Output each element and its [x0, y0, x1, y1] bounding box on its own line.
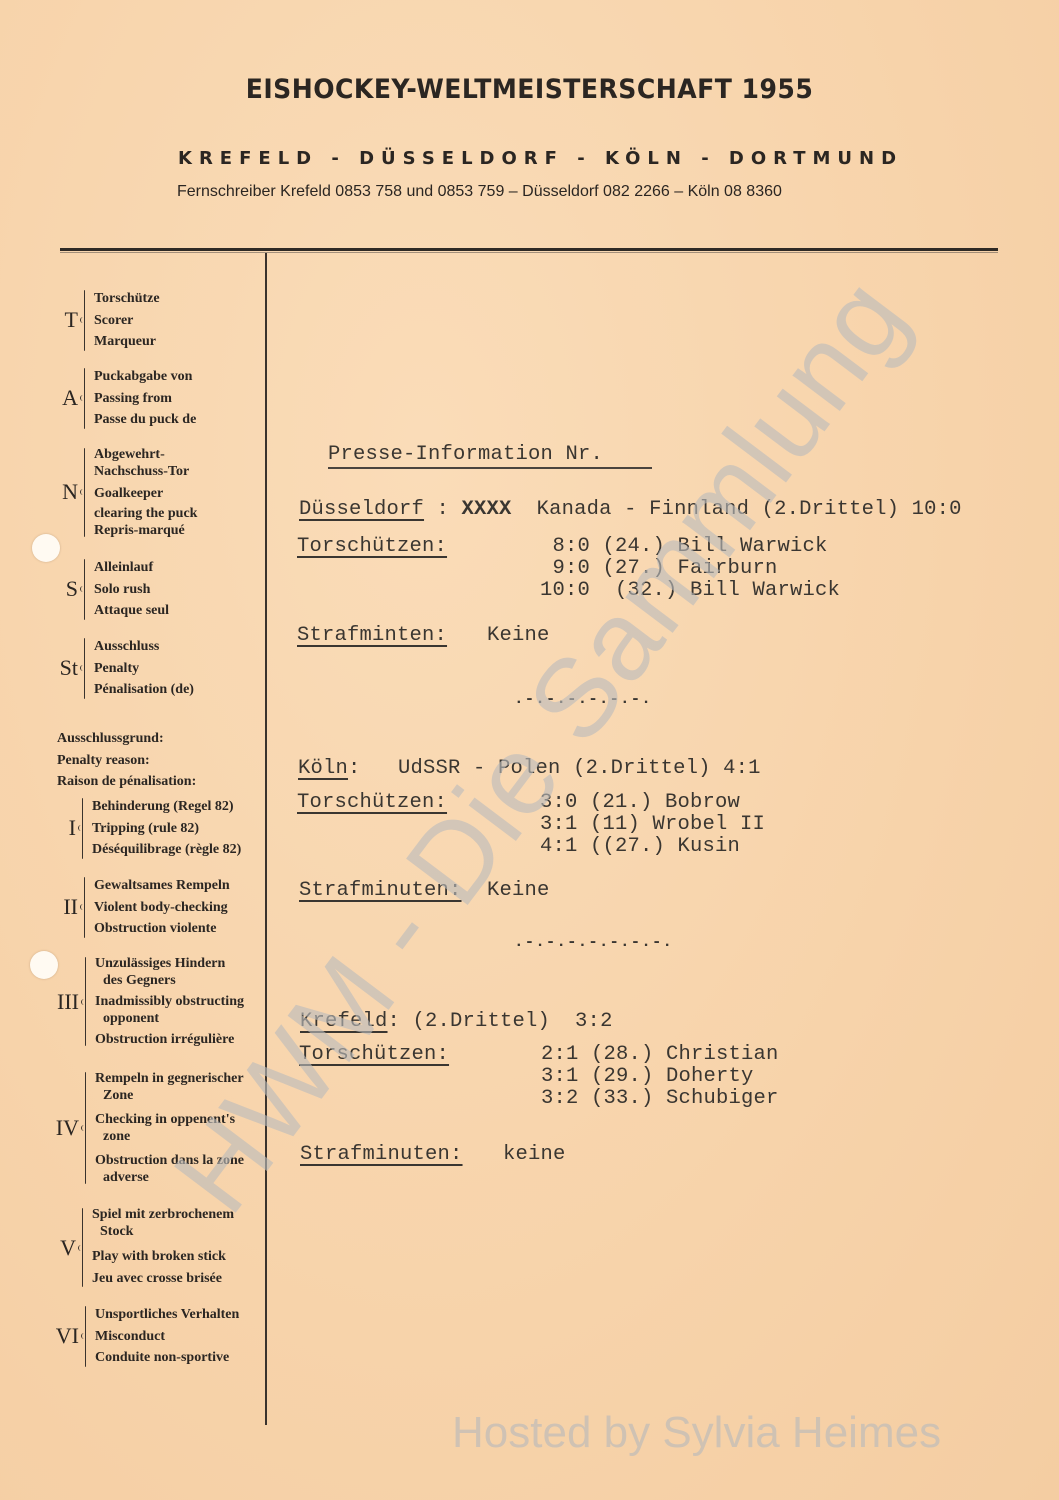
penalty-label: Strafminuten:	[299, 879, 462, 902]
legend-line: clearing the puck	[94, 505, 197, 522]
legend-line: Obstruction irrégulière	[95, 1031, 244, 1048]
scorers-label: Torschützen:	[299, 1043, 449, 1066]
venue: Krefeld	[300, 1010, 388, 1033]
legend-line: Attaque seul	[94, 600, 169, 622]
legend-line: Scorer	[94, 310, 160, 332]
legend-code: S	[60, 576, 78, 602]
reason-heading-fr: Raison de pénalisation:	[57, 771, 196, 793]
legend-line: Penalty	[94, 658, 194, 680]
legend-line: Repris-marqué	[94, 522, 197, 539]
legend-line: des Gegners	[95, 972, 244, 989]
legend-line: Obstruction violente	[94, 918, 230, 940]
scorer-line: 3:2 (33.) Schubiger	[541, 1087, 779, 1110]
legend-code: T	[60, 307, 78, 333]
reason-heading-de: Ausschlussgrund:	[57, 728, 196, 750]
section-separator: .-.-.-.-.-.-.	[514, 690, 652, 708]
column-divider	[265, 253, 267, 1425]
brace-icon	[80, 636, 89, 701]
telex-numbers: Fernschreiber Krefeld 0853 758 und 0853 …	[177, 183, 887, 201]
scorer-line: 8:0 (24.) Bill Warwick	[540, 535, 828, 558]
legend-group-t: T Torschütze Scorer Marqueur	[60, 288, 160, 353]
press-heading: Presse-Information Nr.	[328, 443, 603, 466]
brace-icon	[80, 557, 89, 622]
penalty-value: Keine	[487, 879, 550, 902]
brace-icon	[80, 446, 89, 539]
legend-line: Solo rush	[94, 579, 169, 601]
document-title: EISHOCKEY-WELTMEISTERSCHAFT 1955	[37, 74, 1022, 105]
brace-icon	[81, 955, 90, 1048]
penalty-reason-heading: Ausschlussgrund: Penalty reason: Raison …	[57, 728, 196, 793]
brace-icon	[80, 875, 89, 940]
press-heading-underline	[328, 467, 652, 469]
brace-icon	[81, 1070, 90, 1186]
game-line-duesseldorf: Düsseldorf : XXXX Kanada - Finnland (2.D…	[299, 498, 962, 521]
struck-text: XXXX	[462, 498, 512, 521]
legend-line: Conduite non-sportive	[95, 1347, 239, 1369]
venue-sep: :	[424, 498, 462, 521]
reason-group-iv: IV Rempeln in gegnerischer Zone Checking…	[54, 1070, 244, 1186]
venue: Düsseldorf	[299, 498, 424, 521]
brace-icon	[78, 796, 87, 861]
legend-line: Torschütze	[94, 288, 160, 310]
legend-line: Passing from	[94, 388, 196, 410]
legend-line: Obstruction dans la zone	[95, 1152, 244, 1169]
scorer-line: 2:1 (28.) Christian	[541, 1043, 779, 1066]
penalty-label: Strafminuten:	[300, 1143, 463, 1166]
legend-code: A	[60, 385, 78, 411]
legend-line: Rempeln in gegnerischer	[95, 1070, 244, 1087]
legend-line: Abgewehrt-	[94, 446, 197, 463]
matchup: (2.Drittel) 3:2	[400, 1010, 613, 1033]
scorers-label: Torschützen:	[297, 535, 447, 558]
legend-line: Passe du puck de	[94, 409, 196, 431]
venue: Köln	[298, 757, 348, 780]
legend-line: Ausschluss	[94, 636, 194, 658]
penalty-value: keine	[503, 1143, 566, 1166]
legend-line: Tripping (rule 82)	[92, 818, 241, 840]
reason-code: VI	[54, 1323, 79, 1349]
reason-group-iii: III Unzulässiges Hindern des Gegners Ina…	[54, 955, 244, 1048]
legend-line: Jeu avec crosse brisée	[92, 1268, 234, 1290]
scorer-line: 3:1 (29.) Doherty	[541, 1065, 754, 1088]
legend-code: N	[60, 479, 78, 505]
legend-line: Unzulässiges Hindern	[95, 955, 244, 972]
legend-code: St	[56, 655, 78, 681]
scorer-line: 10:0 (32.) Bill Warwick	[540, 579, 840, 602]
section-separator: .-.-.-.-.-.-.-.	[514, 933, 673, 951]
venue-sep: :	[348, 757, 361, 780]
legend-line: Marqueur	[94, 331, 160, 353]
brace-icon	[80, 288, 89, 353]
legend-line: Spiel mit zerbrochenem	[92, 1206, 234, 1223]
reason-code: V	[58, 1235, 76, 1261]
reason-code: IV	[54, 1115, 79, 1141]
reason-group-vi: VI Unsportliches Verhalten Misconduct Co…	[54, 1304, 239, 1369]
header-divider	[60, 248, 998, 251]
legend-line: Alleinlauf	[94, 557, 169, 579]
legend-line: Déséquilibrage (règle 82)	[92, 839, 241, 861]
legend-line: adverse	[95, 1169, 244, 1186]
reason-group-ii: II Gewaltsames Rempeln Violent body-chec…	[56, 875, 230, 940]
scorer-line: 3:1 (11) Wrobel II	[540, 813, 765, 836]
matchup: Kanada - Finnland (2.Drittel) 10:0	[512, 498, 962, 521]
brace-icon	[80, 366, 89, 431]
game-line-krefeld: Krefeld: (2.Drittel) 3:2	[300, 1010, 613, 1033]
penalty-label: Strafminten:	[297, 624, 447, 647]
legend-group-st: St Ausschluss Penalty Pénalisation (de)	[56, 636, 194, 701]
legend-line: Misconduct	[95, 1326, 239, 1348]
punch-hole-upper	[32, 534, 60, 562]
legend-line: Gewaltsames Rempeln	[94, 875, 230, 897]
legend-line: Pénalisation (de)	[94, 679, 194, 701]
legend-line: Violent body-checking	[94, 897, 230, 919]
host-cities: KREFELD - DÜSSELDORF - KÖLN - DORTMUND	[178, 148, 883, 169]
reason-heading-en: Penalty reason:	[57, 750, 196, 772]
reason-code: III	[54, 989, 79, 1015]
reason-group-i: I Behinderung (Regel 82) Tripping (rule …	[60, 796, 241, 861]
game-line-koeln: Köln: UdSSR - Polen (2.Drittel) 4:1	[298, 757, 761, 780]
legend-line: Stock	[92, 1223, 234, 1240]
reason-code: II	[56, 894, 78, 920]
legend-line: Checking in oppenent's	[95, 1111, 244, 1128]
legend-line: Nachschuss-Tor	[94, 463, 197, 480]
header-divider-thin	[60, 252, 998, 253]
legend-line: Behinderung (Regel 82)	[92, 796, 241, 818]
reason-code: I	[60, 815, 76, 841]
penalty-value: Keine	[487, 624, 550, 647]
scorers-label: Torschützen:	[297, 791, 447, 814]
legend-line: Play with broken stick	[92, 1246, 234, 1268]
legend-line: Puckabgabe von	[94, 366, 196, 388]
brace-icon	[81, 1304, 90, 1369]
venue-sep: :	[388, 1010, 401, 1033]
scorer-line: 9:0 (27.) Fairburn	[540, 557, 778, 580]
legend-line: zone	[95, 1128, 244, 1145]
legend-group-n: N Abgewehrt- Nachschuss-Tor Goalkeeper c…	[60, 446, 197, 539]
legend-group-a: A Puckabgabe von Passing from Passe du p…	[60, 366, 196, 431]
reason-group-v: V Spiel mit zerbrochenem Stock Play with…	[58, 1206, 234, 1289]
scorer-line: 3:0 (21.) Bobrow	[540, 791, 740, 814]
matchup: UdSSR - Polen (2.Drittel) 4:1	[361, 757, 761, 780]
scorer-line: 4:1 ((27.) Kusin	[540, 835, 740, 858]
legend-group-s: S Alleinlauf Solo rush Attaque seul	[60, 557, 169, 622]
legend-line: opponent	[95, 1010, 244, 1027]
legend-line: Inadmissibly obstructing	[95, 993, 244, 1010]
legend-line: Zone	[95, 1087, 244, 1104]
legend-line: Goalkeeper	[94, 483, 197, 505]
legend-line: Unsportliches Verhalten	[95, 1304, 239, 1326]
brace-icon	[78, 1206, 87, 1289]
watermark-hosted-by: Hosted by Sylvia Heimes	[452, 1408, 941, 1458]
